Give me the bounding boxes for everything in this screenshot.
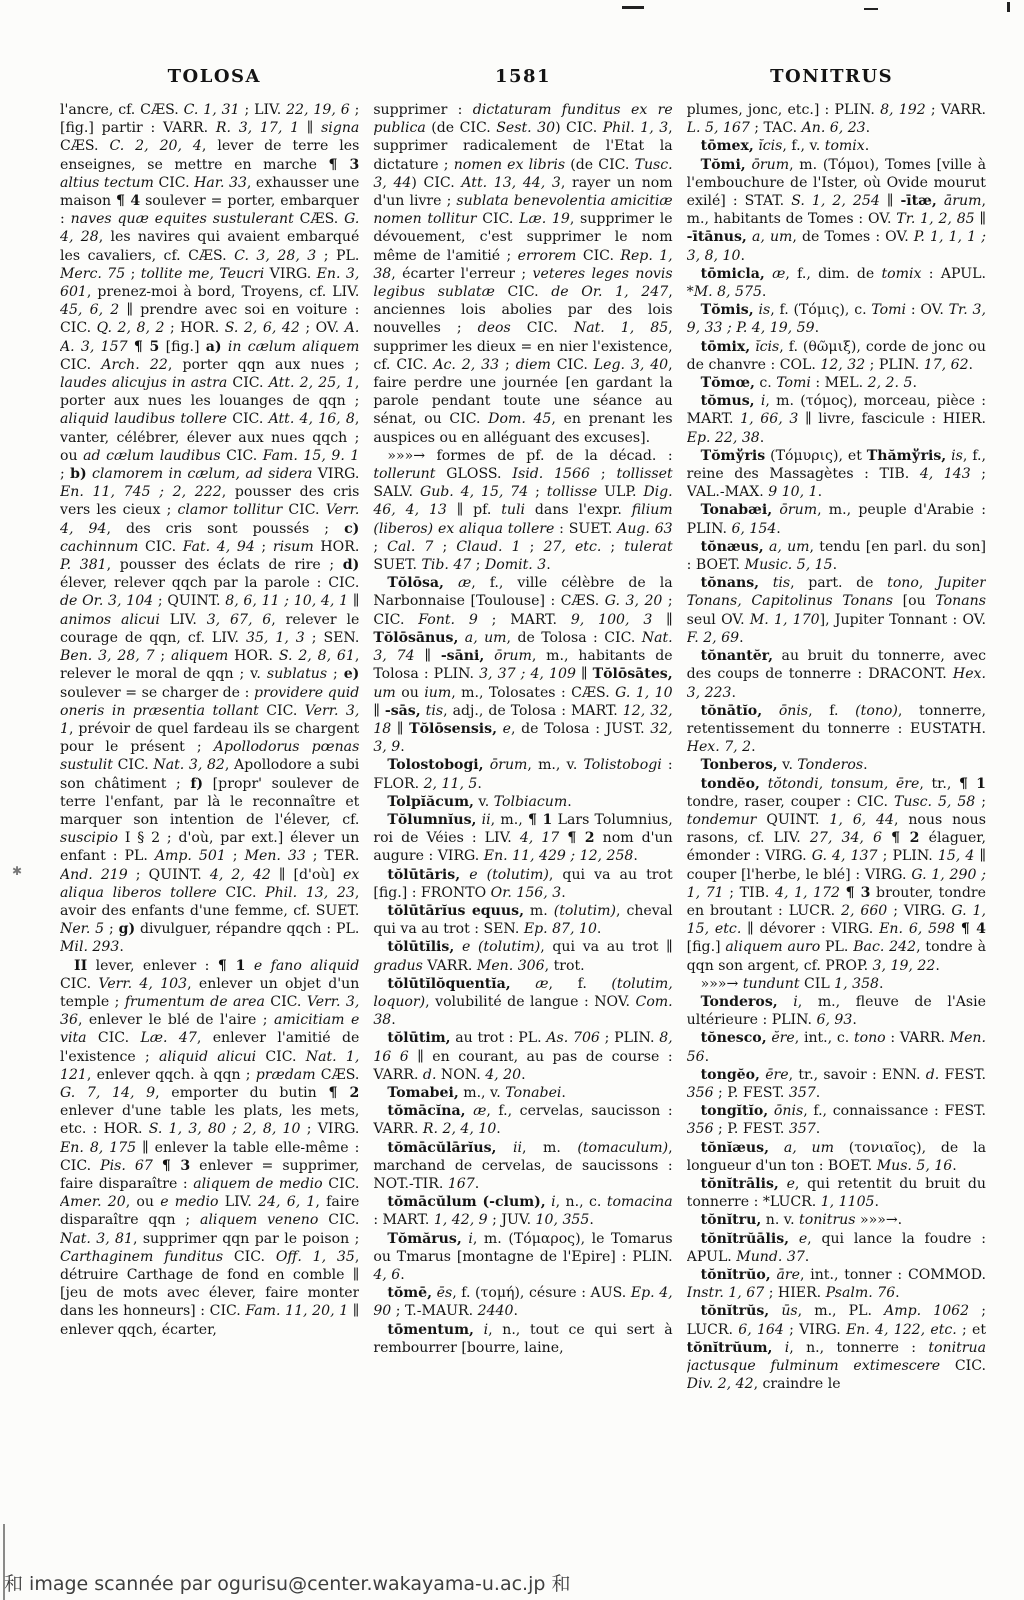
dictionary-paragraph: tŏmus, i, m. (τόμος), morceau, pièce : M… (687, 392, 986, 447)
dictionary-paragraph: tŏlūtārĭus equus, m. (tolutim), cheval q… (373, 902, 672, 938)
dictionary-paragraph: Tonberos, v. Tonderos. (687, 756, 986, 774)
column-middle: supprimer : dictaturam funditus ex re pu… (373, 101, 672, 1553)
dictionary-paragraph: tŏnans, tis, part. de tono, Jupiter Tona… (687, 574, 986, 647)
page-header: TOLOSA 1581 TONITRUS (60, 66, 986, 87)
dictionary-paragraph: »»»→ tundunt CIL 1, 358. (687, 975, 986, 993)
dictionary-paragraph: »»»→ formes de pf. de la décad. : toller… (373, 447, 672, 574)
dictionary-paragraph: Tomabei, m., v. Tonabei. (373, 1084, 672, 1102)
dictionary-paragraph: tōmix, ĭcis, f. (θῶμιξ), corde de jonc o… (687, 338, 986, 374)
dictionary-paragraph: Tonabæi, ōrum, m., peuple d'Arabie : PLI… (687, 501, 986, 537)
dictionary-paragraph: Tŏmis, is, f. (Τόμις), c. Tomi : OV. Tr.… (687, 301, 986, 337)
dictionary-paragraph: tŏnĭtrŭo, āre, int., tonner : COMMOD. In… (687, 1266, 986, 1302)
page-number: 1581 (369, 66, 678, 87)
dictionary-paragraph: Tonderos, i, m., fleuve de l'Asie ultéri… (687, 993, 986, 1029)
dictionary-paragraph: Tŏmi, ōrum, m. (Τόμοι), Tomes [ville à l… (687, 156, 986, 265)
dictionary-paragraph: tōmentum, i, n., tout ce qui sert à remb… (373, 1321, 672, 1357)
dictionary-paragraph: tŏmācĭna, æ, f., cervelas, saucisson : V… (373, 1102, 672, 1138)
scan-artifact (622, 6, 644, 9)
dictionary-paragraph: tŏnæus, a, um, tendu [en parl. du son] :… (687, 538, 986, 574)
scanned-dictionary-page: ✱ TOLOSA 1581 TONITRUS l'ancre, cf. CÆS.… (0, 0, 1024, 1600)
dictionary-paragraph: II lever, enlever : ¶ 1 e fano aliquid C… (60, 957, 359, 1339)
dictionary-paragraph: Tŏmœ, c. Tomi : MEL. 2, 2. 5. (687, 374, 986, 392)
dictionary-paragraph: tŏnesco, ĕre, int., c. tono : VARR. Men.… (687, 1029, 986, 1065)
dictionary-paragraph: tŏnantĕr, au bruit du tonnerre, avec des… (687, 647, 986, 702)
dictionary-paragraph: tŏlūtim, au trot : PL. As. 706 ; PLIN. 8… (373, 1029, 672, 1084)
dictionary-paragraph: tŏnĭæus, a, um (τονιαῖος), de la longueu… (687, 1139, 986, 1175)
dictionary-paragraph: l'ancre, cf. CÆS. C. 1, 31 ; LIV. 22, 19… (60, 101, 359, 957)
dictionary-paragraph: Tolostobogi, ōrum, m., v. Tolistobogi : … (373, 756, 672, 792)
dictionary-paragraph: tŏnĭtrŭs, ūs, m., PL. Amp. 1062 ; LUCR. … (687, 1302, 986, 1393)
column-left: l'ancre, cf. CÆS. C. 1, 31 ; LIV. 22, 19… (60, 101, 359, 1553)
dictionary-paragraph: tŏmē, ēs, f. (τομή), césure : AUS. Ep. 4… (373, 1284, 672, 1320)
dictionary-paragraph: tōmex, ĭcis, f., v. tomix. (687, 137, 986, 155)
dictionary-paragraph: tōmicla, æ, f., dim. de tomix : APUL. *M… (687, 265, 986, 301)
dictionary-paragraph: tŏnĭtrŭālis, e, qui lance la foudre : AP… (687, 1230, 986, 1266)
text-columns: l'ancre, cf. CÆS. C. 1, 31 ; LIV. 22, 19… (60, 101, 986, 1553)
dictionary-paragraph: tongĭtĭo, ōnis, f., connaissance : FEST.… (687, 1102, 986, 1138)
dictionary-paragraph: tŏlūtāris, e (tolutim), qui va au trot [… (373, 866, 672, 902)
column-right: plumes, jonc, etc.] : PLIN. 8, 192 ; VAR… (687, 101, 986, 1553)
dictionary-paragraph: Tŏlumnĭus, ii, m., ¶ 1 Lars Tolumnius, r… (373, 811, 672, 866)
dictionary-paragraph: tongĕo, ēre, tr., savoir : ENN. d. FEST.… (687, 1066, 986, 1102)
dictionary-paragraph: tŏlūtĭlŏquentĭa, æ, f. (tolutim, loquor)… (373, 975, 672, 1030)
scan-artifact (1007, 2, 1010, 12)
dictionary-paragraph: Tŏmўris (Τόμυρις), et Thămўris, is, f., … (687, 447, 986, 502)
dictionary-paragraph: supprimer : dictaturam funditus ex re pu… (373, 101, 672, 447)
header-right-keyword: TONITRUS (677, 66, 986, 87)
dictionary-paragraph: Tolpĭăcum, v. Tolbiacum. (373, 793, 672, 811)
scan-artifact: ✱ (12, 864, 22, 878)
dictionary-paragraph: Tŏlōsa, æ, f., ville célèbre de la Narbo… (373, 574, 672, 756)
dictionary-paragraph: plumes, jonc, etc.] : PLIN. 8, 192 ; VAR… (687, 101, 986, 137)
dictionary-paragraph: tŏlūtĭlis, e (tolutim), qui va au trot ∥… (373, 938, 672, 974)
dictionary-paragraph: tŏnĭtrālis, e, qui retentit du bruit du … (687, 1175, 986, 1211)
header-left-keyword: TOLOSA (60, 66, 369, 87)
scan-credit: 和 image scannée par ogurisu@center.wakay… (4, 1569, 570, 1596)
dictionary-paragraph: Tŏmărus, i, m. (Τόμαρος), le Tomarus ou … (373, 1230, 672, 1285)
dictionary-paragraph: tondĕo, tŏtondi, tonsum, ēre, tr., ¶ 1 t… (687, 775, 986, 975)
dictionary-paragraph: tŏnātĭo, ōnis, f. (tono), tonnerre, rete… (687, 702, 986, 757)
scan-artifact (864, 8, 878, 10)
dictionary-paragraph: tŏmācŭlārĭus, ii, m. (tomaculum), marcha… (373, 1139, 672, 1194)
dictionary-paragraph: tŏmācŭlum (-clum), i, n., c. tomacina : … (373, 1193, 672, 1229)
dictionary-paragraph: tŏnĭtru, n. v. tonitrus »»»→. (687, 1211, 986, 1229)
